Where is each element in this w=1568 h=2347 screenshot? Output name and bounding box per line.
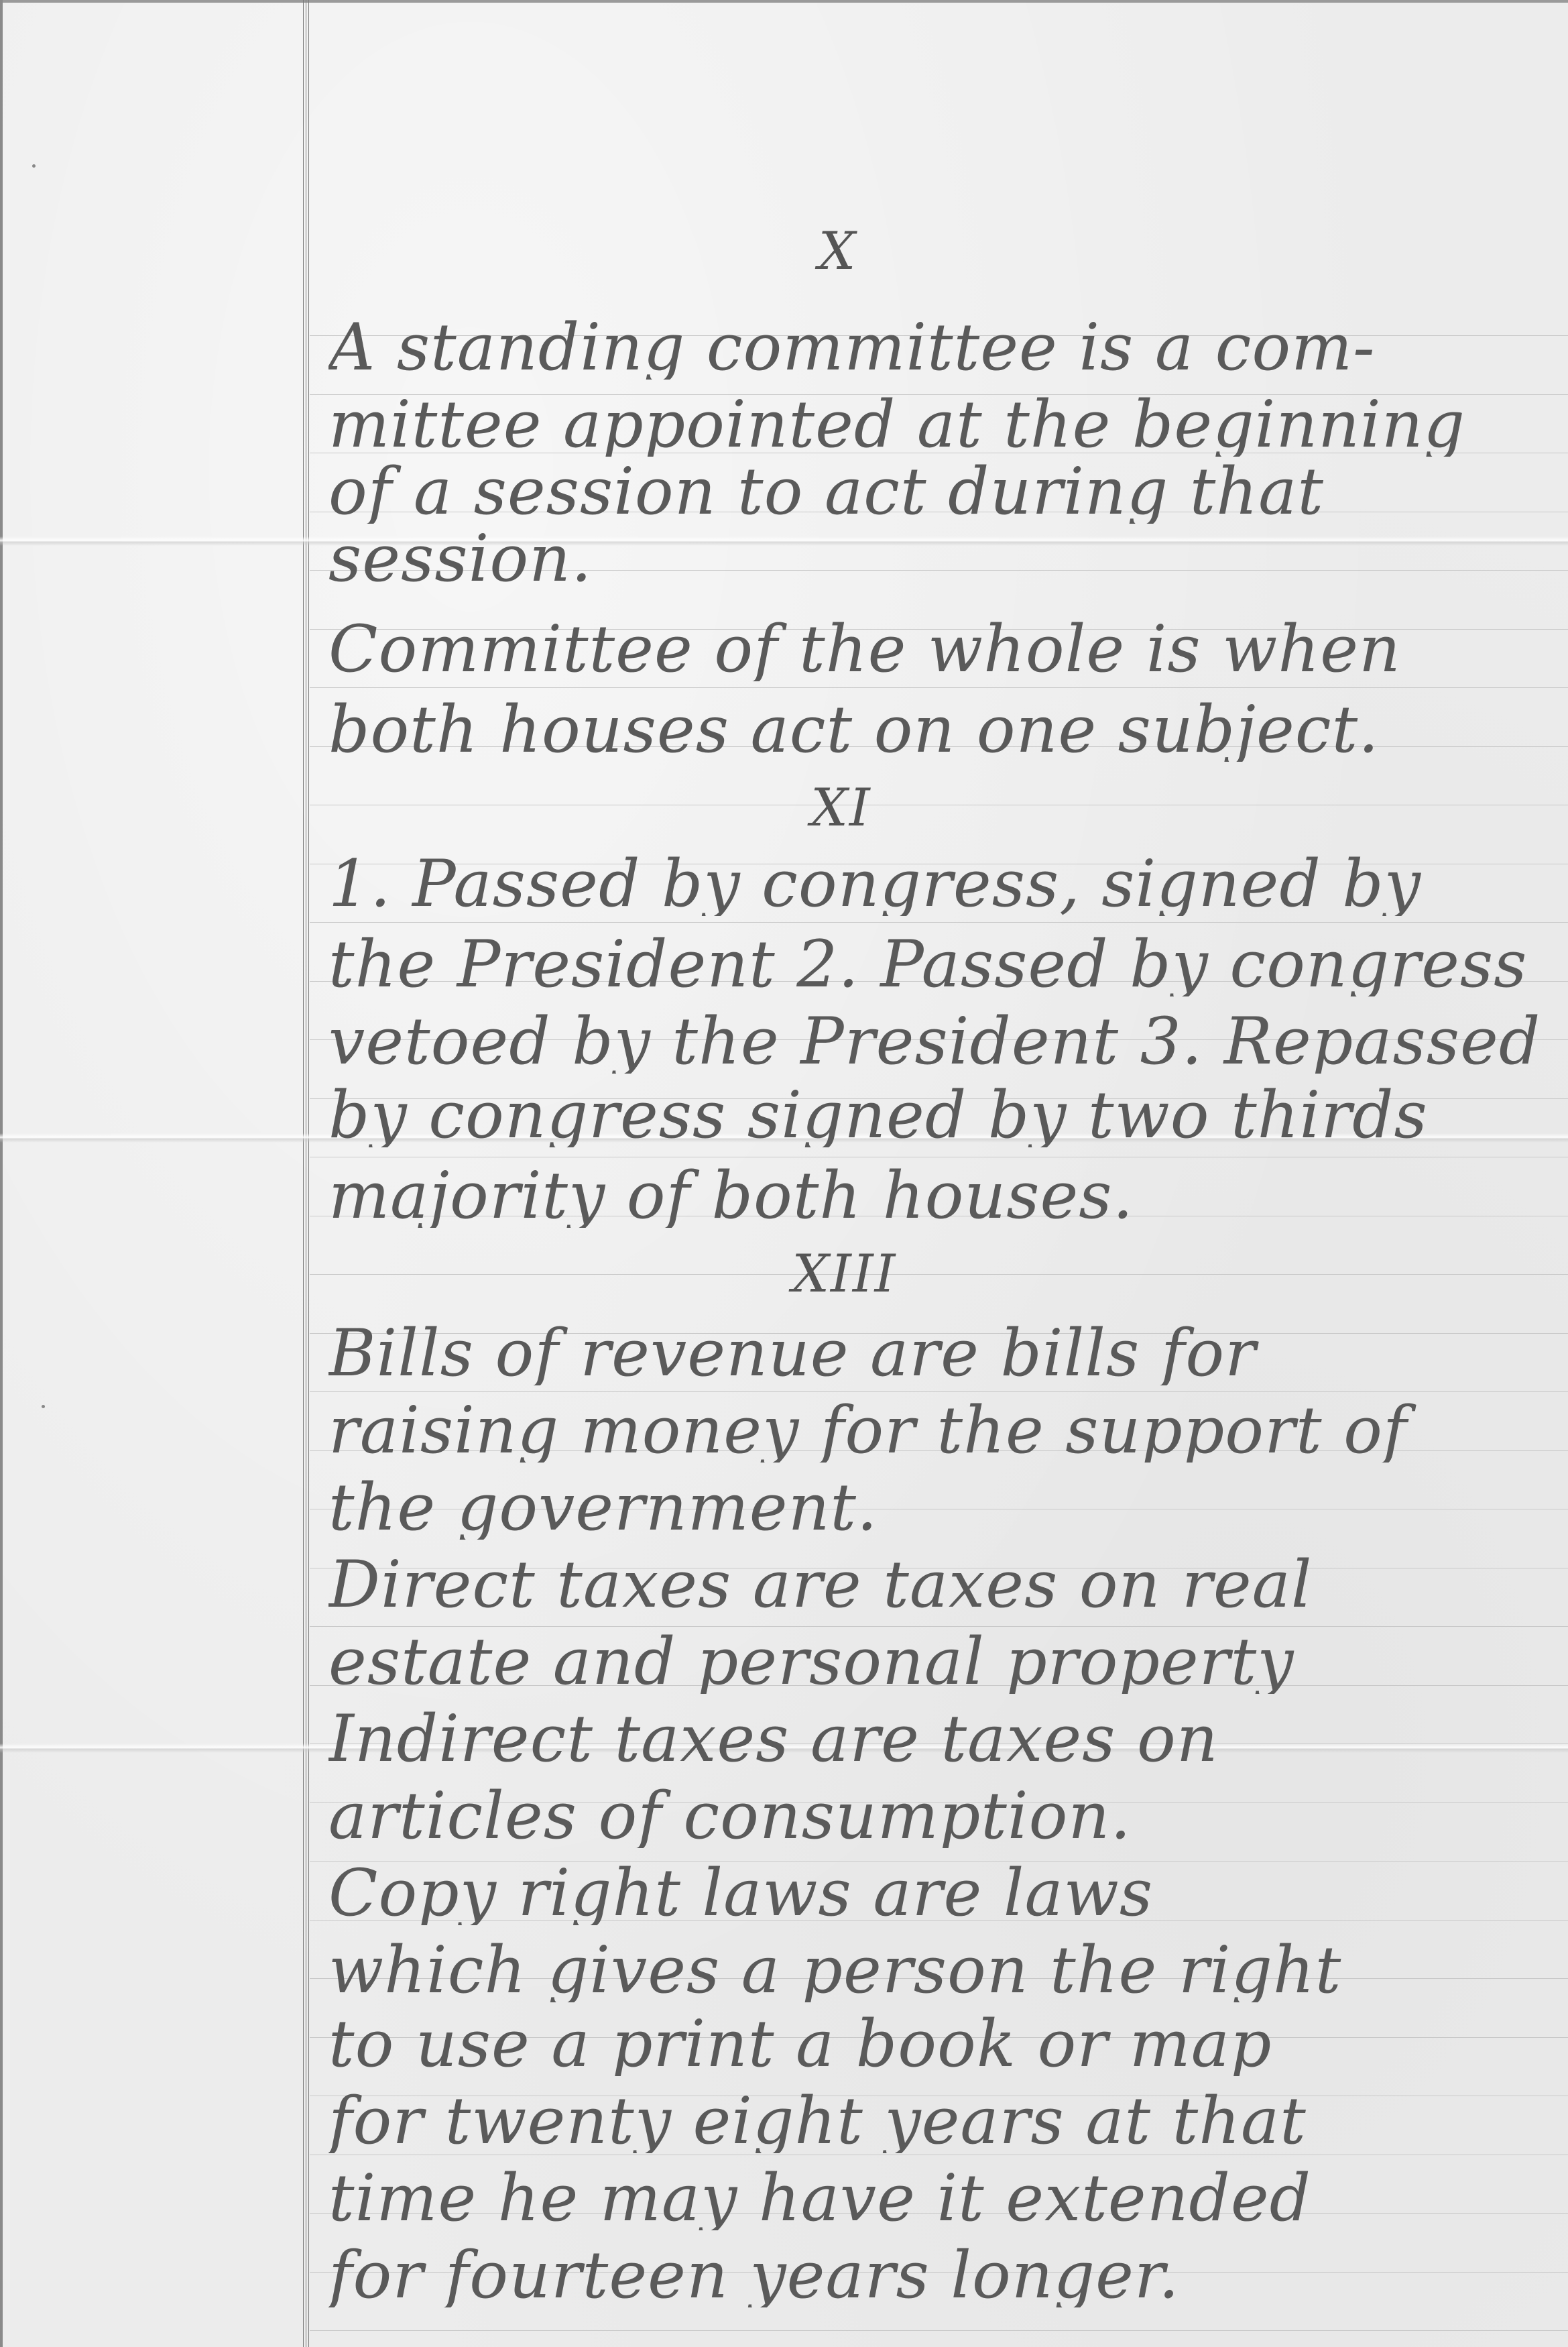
text-line: Indirect taxes are taxes on [328, 1707, 1561, 1771]
ruled-line [310, 1391, 1568, 1392]
page-top-edge [0, 0, 1568, 3]
scanned-page: X A standing committee is a com- mittee … [0, 0, 1568, 2347]
text-line: Committee of the whole is when [328, 617, 1561, 681]
ruled-line [310, 2155, 1568, 2155]
margin-rule-middle [306, 0, 306, 2347]
text-line: which gives a person the right [328, 1938, 1561, 2002]
text-line: Direct taxes are taxes on real [328, 1552, 1561, 1617]
text-line: for twenty eight years at that [328, 2089, 1561, 2153]
margin-speck [42, 1405, 45, 1408]
section-numeral-xi: XI [0, 778, 1568, 838]
text-line: mittee appointed at the beginning [328, 392, 1561, 457]
text-line: both houses act on one subject. [328, 697, 1561, 762]
text-line: session. [328, 526, 1561, 591]
margin-rule-right [308, 0, 309, 2347]
text-line: 1. Passed by congress, signed by [328, 852, 1561, 916]
text-line: articles of consumption. [328, 1784, 1561, 1848]
ruled-line [310, 922, 1568, 923]
text-line: estate and personal property [328, 1629, 1561, 1694]
text-line: to use a print a book or map [328, 2012, 1561, 2076]
text-line: by congress signed by two thirds [328, 1083, 1561, 1147]
section-numeral-x: X [0, 221, 1568, 282]
text-line: of a session to act during that [328, 459, 1561, 524]
page-left-edge [0, 0, 3, 2347]
text-line: vetoed by the President 3. Repassed [328, 1009, 1561, 1074]
ruled-line [310, 1626, 1568, 1627]
ruled-line [310, 2330, 1568, 2331]
ruled-line [310, 1157, 1568, 1157]
text-line: time he may have it extended [328, 2166, 1561, 2230]
margin-speck [32, 164, 36, 168]
ruled-line [310, 687, 1568, 688]
text-line: Bills of revenue are bills for [328, 1321, 1561, 1385]
margin-rule-left [303, 0, 304, 2347]
text-line: majority of both houses. [328, 1163, 1561, 1228]
text-line: the government. [328, 1475, 1561, 1540]
text-line: A standing committee is a com- [328, 315, 1561, 380]
text-line: raising money for the support of [328, 1398, 1561, 1463]
text-line: the President 2. Passed by congress [328, 932, 1561, 996]
text-line: Copy right laws are laws [328, 1861, 1561, 1925]
text-line: for fourteen years longer. [328, 2243, 1561, 2307]
section-numeral-xiii: XIII [0, 1244, 1568, 1304]
